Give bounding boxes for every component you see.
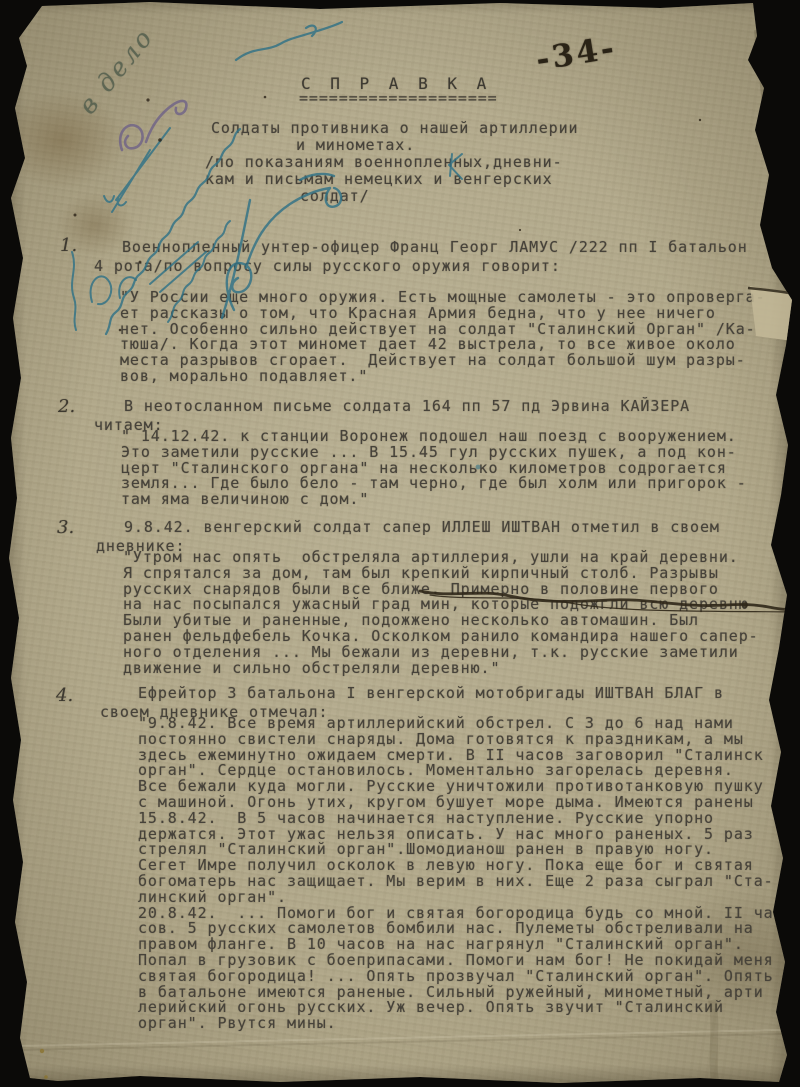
subtitle-line: /по показаниям военнопленных,дневни- [205,155,563,171]
item-number: 1. [60,235,77,256]
subtitle-line: и минометах. [296,138,415,154]
page-number-handwritten: -34- [534,30,620,78]
item-number: 4. [56,685,73,706]
item-quote: "Утром нас опять обстреляла артиллерия, … [123,550,759,676]
item-number: 3. [57,517,74,538]
subtitle-line: солдат/ [300,189,370,205]
subtitle-line: кам и письмам немецких и венгерских [205,172,553,188]
title-underline: ==================== [299,91,498,107]
item-number: 2. [58,396,75,417]
item-heading: Военнопленный унтер-офицер Франц Георг Л… [94,238,748,276]
subtitle-line: Солдаты противника о нашей артиллерии [211,121,578,137]
item-quote: " 14.12.42. к станции Воронеж подошел на… [121,429,747,508]
paper-sheet: -34- С П Р А В К А ==================== … [0,0,800,1087]
pencil-note-handwritten: в дело [73,22,160,120]
scanned-document: -34- С П Р А В К А ==================== … [0,0,800,1087]
item-quote: "9.8.42. Все время артиллерийский обстре… [138,716,784,1032]
violet-initials-scribble [120,101,186,150]
item-quote: "У России еще много оружия. Есть мощные … [120,290,766,385]
